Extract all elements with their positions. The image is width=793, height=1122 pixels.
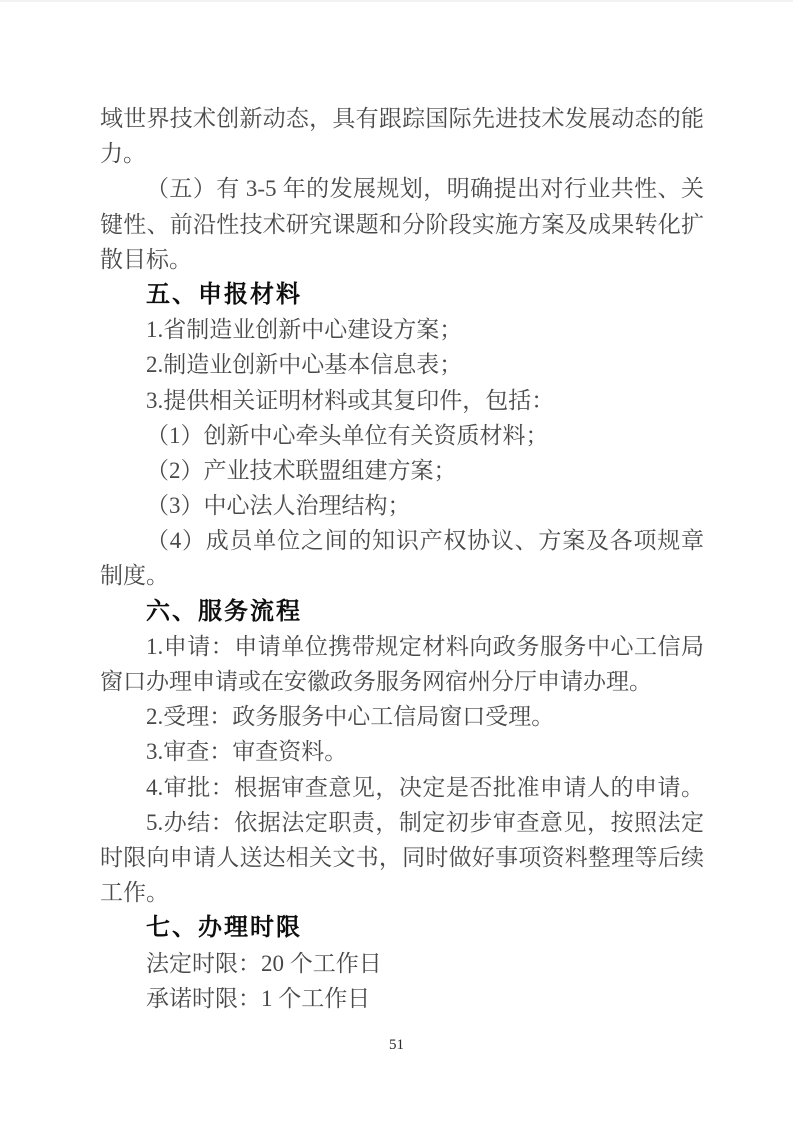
text-line: 域世界技术创新动态，具有跟踪国际先进技术发展动态的能: [100, 101, 704, 136]
section-heading: 七、办理时限: [100, 910, 704, 945]
text-line: 3.审查：审查资料。: [100, 734, 704, 769]
text-line: 承诺时限：1 个工作日: [100, 981, 704, 1016]
text-line: 1.省制造业创新中心建设方案；: [100, 312, 704, 347]
text-line: （2）产业技术联盟组建方案；: [100, 453, 704, 488]
text-line: 键性、前沿性技术研究课题和分阶段实施方案及成果转化扩: [100, 207, 704, 242]
text-line: （4）成员单位之间的知识产权协议、方案及各项规章: [100, 523, 704, 558]
text-line: 时限向申请人送达相关文书，同时做好事项资料整理等后续: [100, 840, 704, 875]
section-heading: 五、申报材料: [100, 277, 704, 312]
text-line: 法定时限：20 个工作日: [100, 946, 704, 981]
text-line: 力。: [100, 136, 704, 171]
text-line: 4.审批：根据审查意见，决定是否批准申请人的申请。: [100, 770, 704, 805]
text-line: 散目标。: [100, 242, 704, 277]
text-line: （五）有 3-5 年的发展规划，明确提出对行业共性、关: [100, 171, 704, 206]
text-line: 窗口办理申请或在安徽政务服务网宿州分厅申请办理。: [100, 664, 704, 699]
text-line: （3）中心法人治理结构；: [100, 488, 704, 523]
section-heading: 六、服务流程: [100, 594, 704, 629]
page-number: 51: [0, 1037, 793, 1054]
text-line: （1）创新中心牵头单位有关资质材料；: [100, 418, 704, 453]
document-page: 域世界技术创新动态，具有跟踪国际先进技术发展动态的能力。（五）有 3-5 年的发…: [0, 0, 793, 1122]
text-line: 3.提供相关证明材料或其复印件，包括：: [100, 383, 704, 418]
text-line: 1.申请：申请单位携带规定材料向政务服务中心工信局: [100, 629, 704, 664]
text-line: 制度。: [100, 558, 704, 593]
text-line: 工作。: [100, 875, 704, 910]
text-line: 2.制造业创新中心基本信息表；: [100, 347, 704, 382]
document-body: 域世界技术创新动态，具有跟踪国际先进技术发展动态的能力。（五）有 3-5 年的发…: [100, 101, 704, 1016]
text-line: 5.办结：依据法定职责，制定初步审查意见，按照法定: [100, 805, 704, 840]
text-line: 2.受理：政务服务中心工信局窗口受理。: [100, 699, 704, 734]
